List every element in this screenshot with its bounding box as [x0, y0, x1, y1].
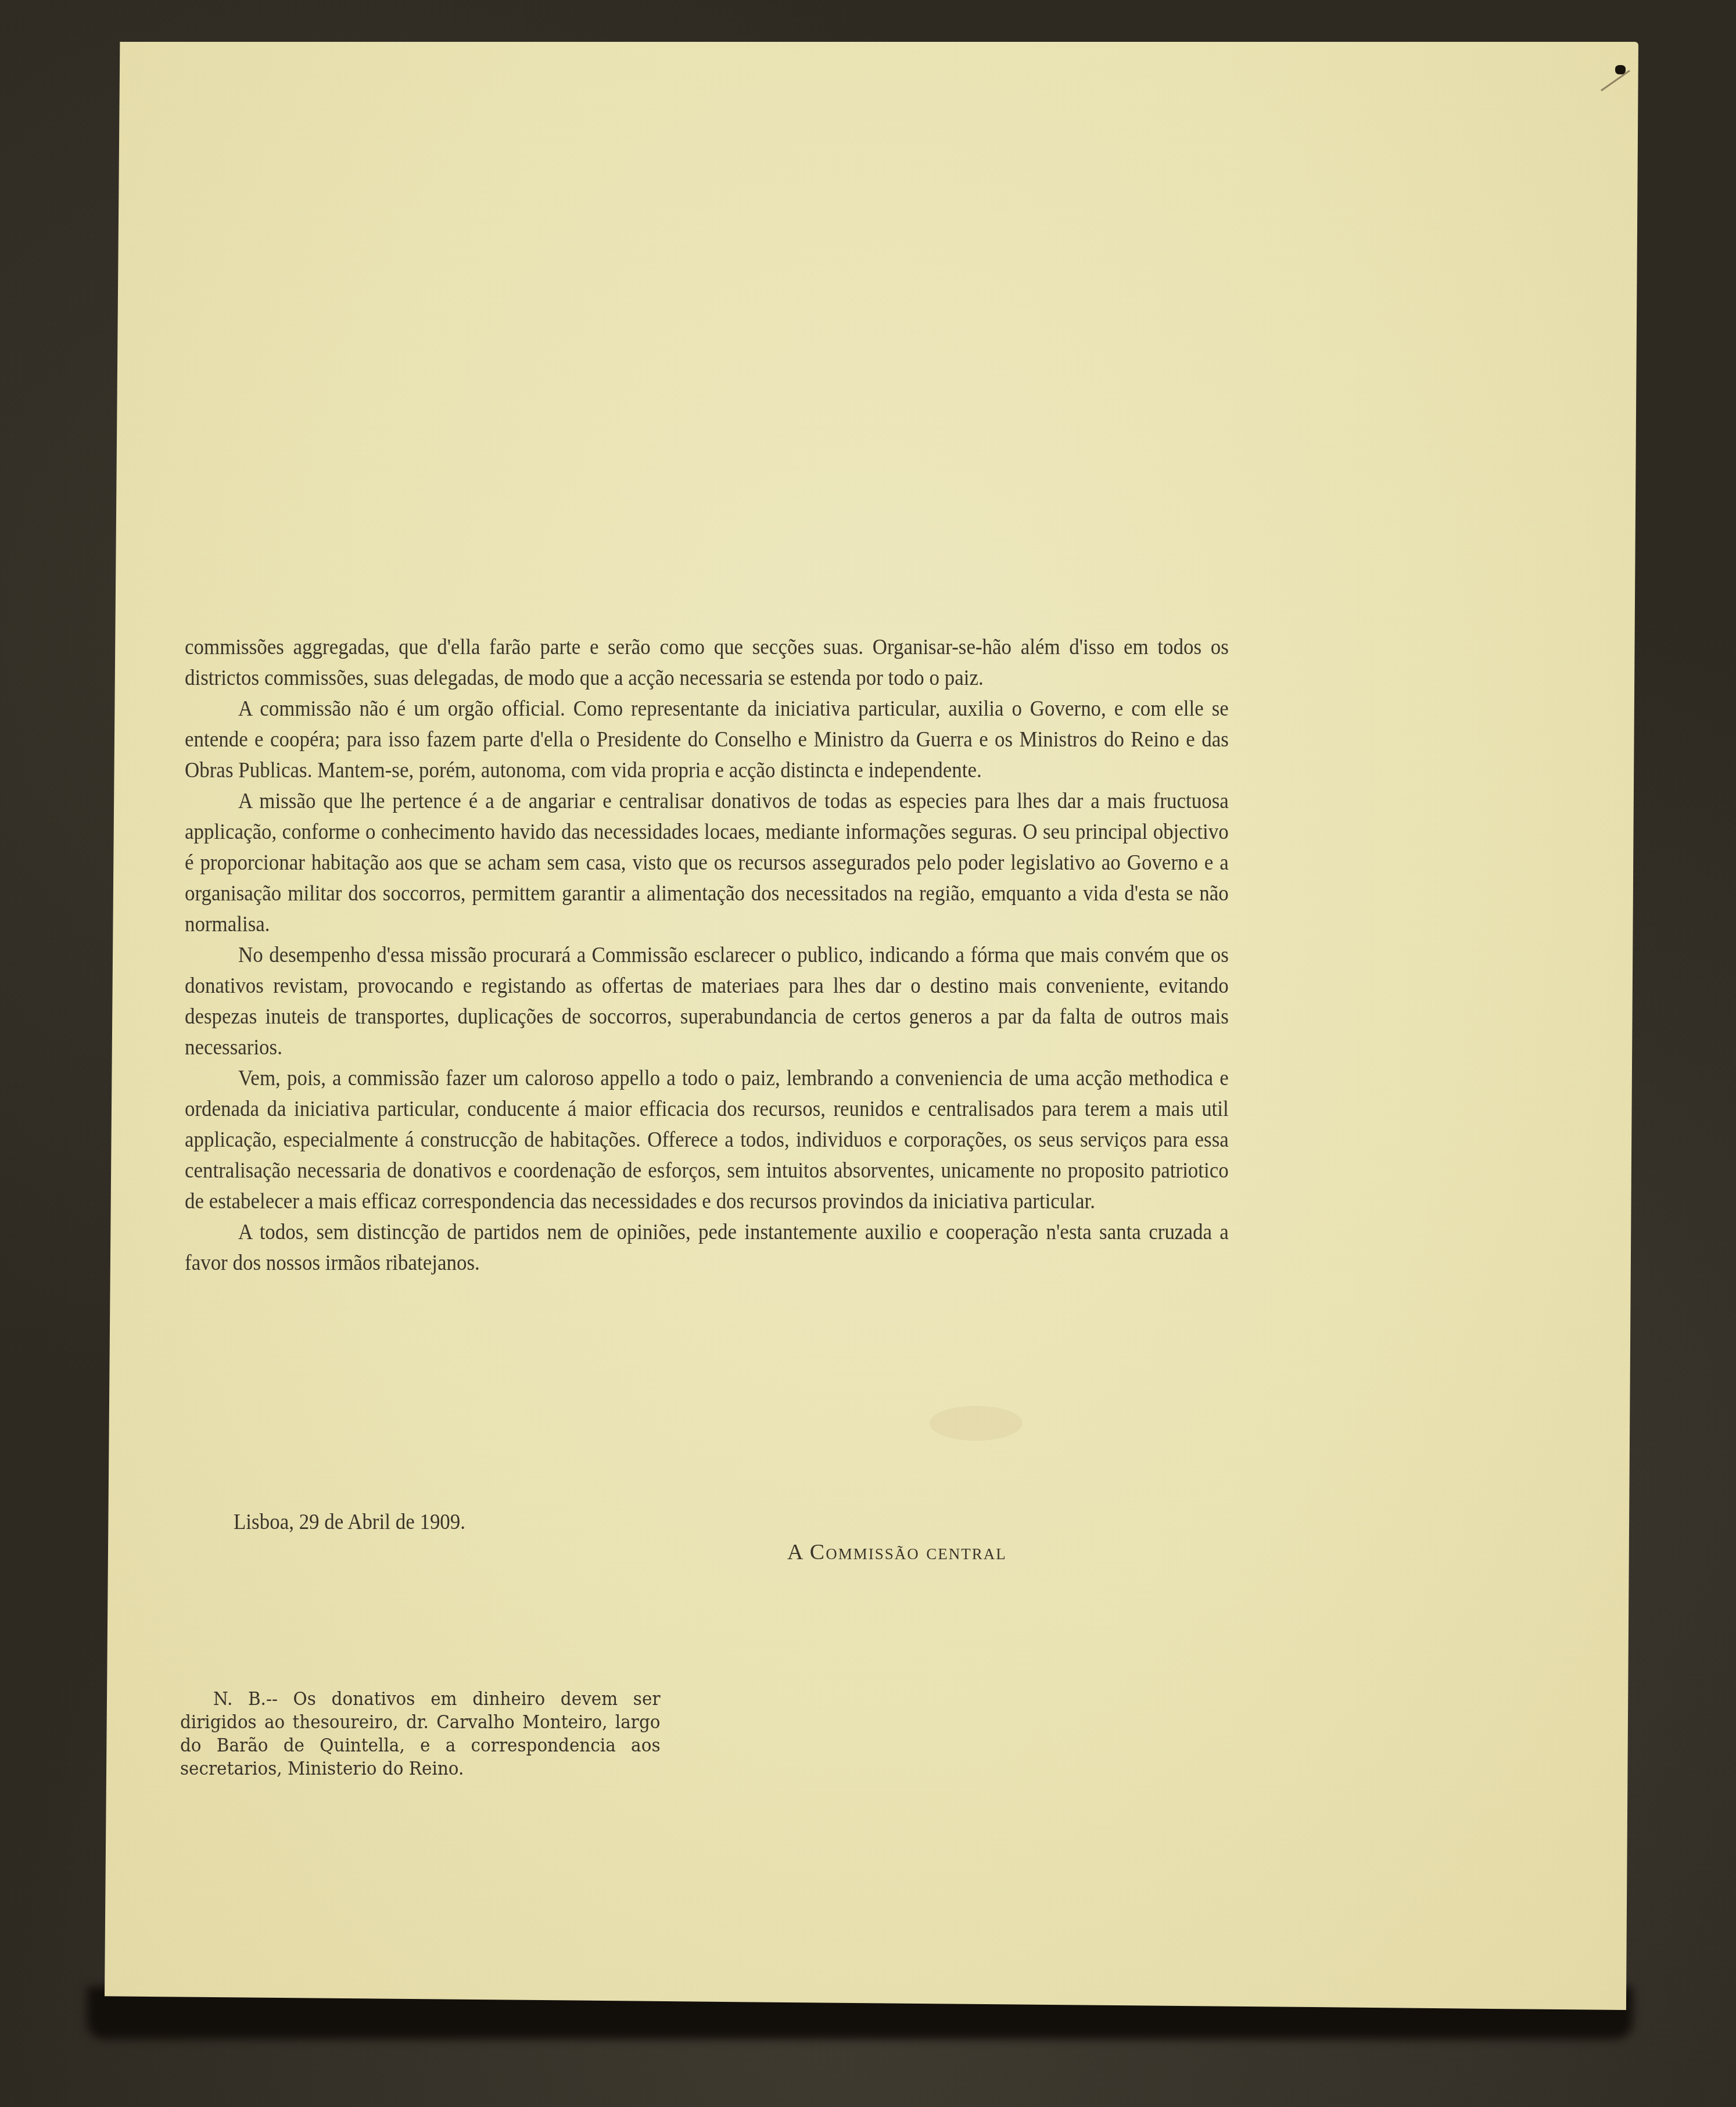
paragraph: commissões aggregadas, que d'ella farão … — [185, 632, 1229, 694]
paragraph: A commissão não é um orgão official. Com… — [185, 694, 1229, 786]
footnote-text: N. B.-- Os donativos em dinheiro devem s… — [180, 1688, 661, 1781]
pin-hole-icon — [1615, 65, 1626, 74]
paragraph: Vem, pois, a commissão fazer um caloroso… — [185, 1063, 1229, 1217]
paragraph: A todos, sem distincção de partidos nem … — [185, 1217, 1229, 1279]
dateline: Lisboa, 29 de Abril de 1909. — [234, 1509, 465, 1535]
body-text: commissões aggregadas, que d'ella farão … — [185, 632, 1229, 1279]
footnote: N. B.-- Os donativos em dinheiro devem s… — [180, 1688, 661, 1781]
paragraph: No desempenho d'essa missão procurará a … — [185, 940, 1229, 1063]
signature: A Commissão central — [787, 1539, 1007, 1565]
paper-stain — [930, 1406, 1023, 1441]
paragraph: A missão que lhe pertence é a de angaria… — [185, 786, 1229, 940]
